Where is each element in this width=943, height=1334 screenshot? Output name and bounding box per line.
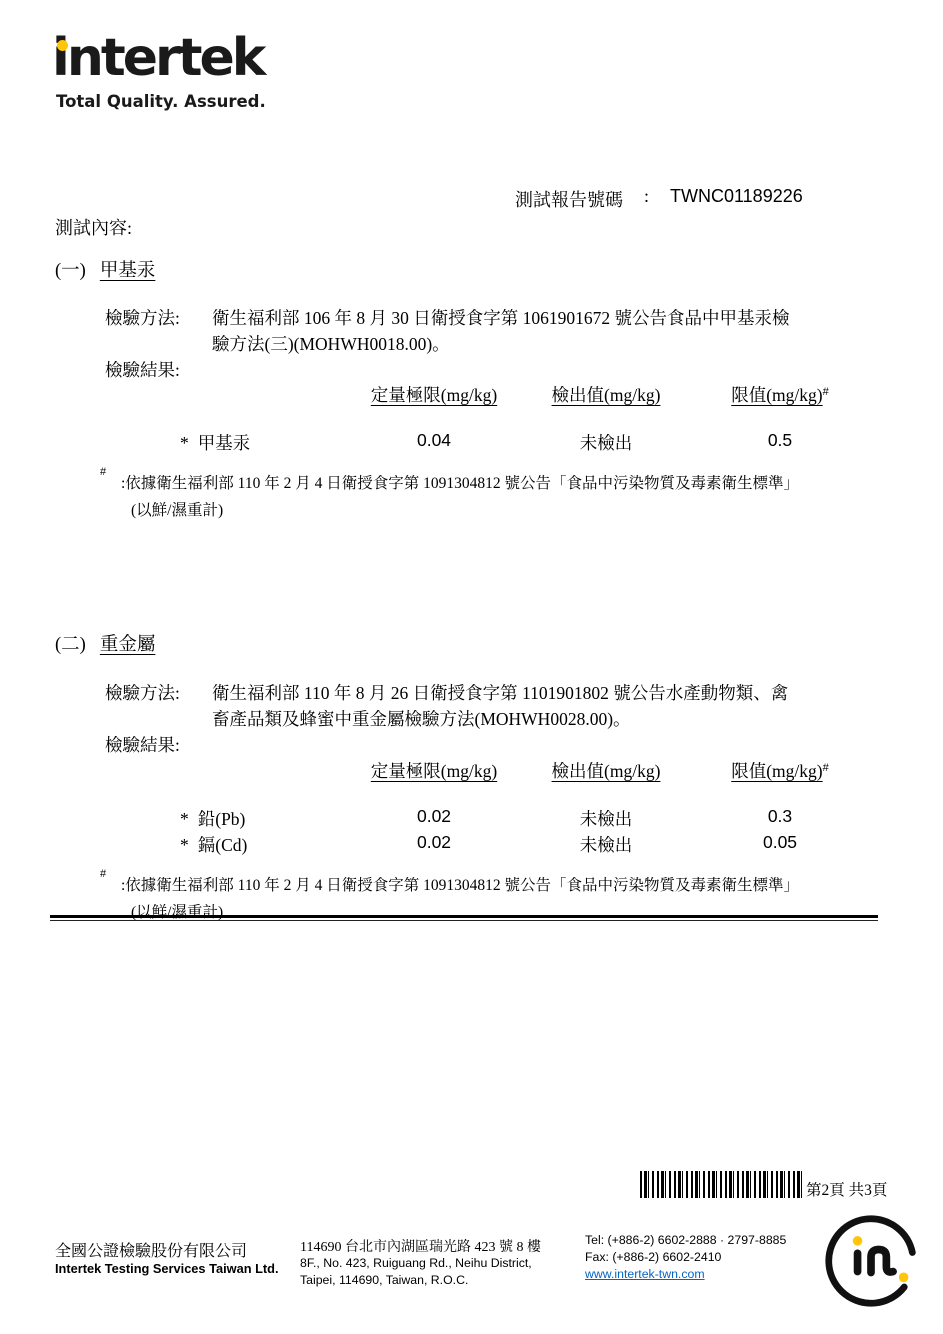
page-indicator: 第2頁 共3頁 xyxy=(806,1178,887,1200)
table2-row1-name: *鉛(Pb) xyxy=(180,806,245,831)
table1-header-result: 檢出值(mg/kg) xyxy=(534,382,678,407)
section2-heading: (二) 重金屬 xyxy=(55,630,155,656)
section1-heading: (一) 甲基汞 xyxy=(55,256,155,282)
table1-header-limit-sup: # xyxy=(823,386,829,398)
section-end-rule xyxy=(50,915,878,921)
logo-tagline: Total Quality. Assured. xyxy=(56,92,266,111)
intertek-circle-mark-icon xyxy=(823,1213,919,1314)
section1-method-line2: 驗方法(三)(MOHWH0018.00)。 xyxy=(212,331,450,356)
table1-row1-name: *甲基汞 xyxy=(180,430,250,455)
table2-row1-limit: 0.3 xyxy=(710,806,850,827)
footnote2-line1: :依據衛生福利部 110 年 2 月 4 日衛授食字第 1091304812 號… xyxy=(121,873,799,895)
section2-index: (二) xyxy=(55,635,86,655)
footer-address-en-line1: 8F., No. 423, Ruiguang Rd., Neihu Distri… xyxy=(300,1256,532,1270)
section1-index: (一) xyxy=(55,261,86,281)
report-page: intertek Total Quality. Assured. 測試報告號碼 … xyxy=(0,0,943,1334)
footer-fax: Fax: (+886-2) 6602-2410 xyxy=(585,1250,721,1264)
report-number-label: 測試報告號碼 xyxy=(515,186,623,212)
table2-header-limit: 限值(mg/kg)# xyxy=(710,758,850,783)
asterisk-mark: * xyxy=(180,433,189,454)
table2-row2-loq: 0.02 xyxy=(348,832,520,853)
section2-method-label: 檢驗方法: xyxy=(105,680,180,705)
table2-header-limit-sup: # xyxy=(823,762,829,774)
test-content-label: 測試內容: xyxy=(55,214,132,240)
asterisk-mark: * xyxy=(180,835,189,856)
intertek-wordmark: intertek xyxy=(52,32,263,84)
report-number-colon: : xyxy=(644,186,649,207)
footer-address-en-line2: Taipei, 114690, Taiwan, R.O.C. xyxy=(300,1273,468,1287)
asterisk-mark: * xyxy=(180,809,189,830)
table2-row2-result: 未檢出 xyxy=(534,832,678,857)
footer-tel: Tel: (+886-2) 6602-2888 · 2797-8885 xyxy=(585,1233,786,1247)
wordmark-yellow-dot-icon xyxy=(57,40,68,51)
section1-result-label: 檢驗結果: xyxy=(105,357,180,382)
table1-header-loq: 定量極限(mg/kg) xyxy=(348,382,520,407)
table2-row2-name: *鎘(Cd) xyxy=(180,832,247,857)
section2-method-line2: 畜產品類及蜂蜜中重金屬檢驗方法(MOHWH0028.00)。 xyxy=(212,706,631,731)
footer-address-zh: 114690 台北市內湖區瑞光路 423 號 8 樓 xyxy=(300,1236,541,1256)
table1-row1-loq: 0.04 xyxy=(348,430,520,451)
footnote1-line2: (以鮮/濕重計) xyxy=(131,498,223,520)
table2-row1-result: 未檢出 xyxy=(534,806,678,831)
section1-method-label: 檢驗方法: xyxy=(105,305,180,330)
section2-title: 重金屬 xyxy=(100,635,156,655)
section2-method-line1: 衛生福利部 110 年 8 月 26 日衛授食字第 1101901802 號公告… xyxy=(212,680,788,705)
report-number-value: TWNC01189226 xyxy=(670,186,803,207)
table1-header-limit: 限值(mg/kg)# xyxy=(710,382,850,407)
footnote1-hash: # xyxy=(100,466,106,478)
table2-header-result: 檢出值(mg/kg) xyxy=(534,758,678,783)
footer-website-link[interactable]: www.intertek-twn.com xyxy=(585,1267,705,1281)
footnote2-hash: # xyxy=(100,868,106,880)
table2-header-loq: 定量極限(mg/kg) xyxy=(348,758,520,783)
table2-row2-limit: 0.05 xyxy=(710,832,850,853)
section1-method-line1: 衛生福利部 106 年 8 月 30 日衛授食字第 1061901672 號公告… xyxy=(212,305,790,330)
barcode xyxy=(640,1171,803,1198)
section2-result-label: 檢驗結果: xyxy=(105,732,180,757)
table2-row1-loq: 0.02 xyxy=(348,806,520,827)
footnote1-line1: :依據衛生福利部 110 年 2 月 4 日衛授食字第 1091304812 號… xyxy=(121,471,799,493)
footer-company-en: Intertek Testing Services Taiwan Ltd. xyxy=(55,1261,279,1276)
section1-title: 甲基汞 xyxy=(100,261,156,281)
table1-row1-limit: 0.5 xyxy=(710,430,850,451)
table1-row1-result: 未檢出 xyxy=(534,430,678,455)
footer-company-zh: 全國公證檢驗股份有限公司 xyxy=(55,1238,247,1261)
